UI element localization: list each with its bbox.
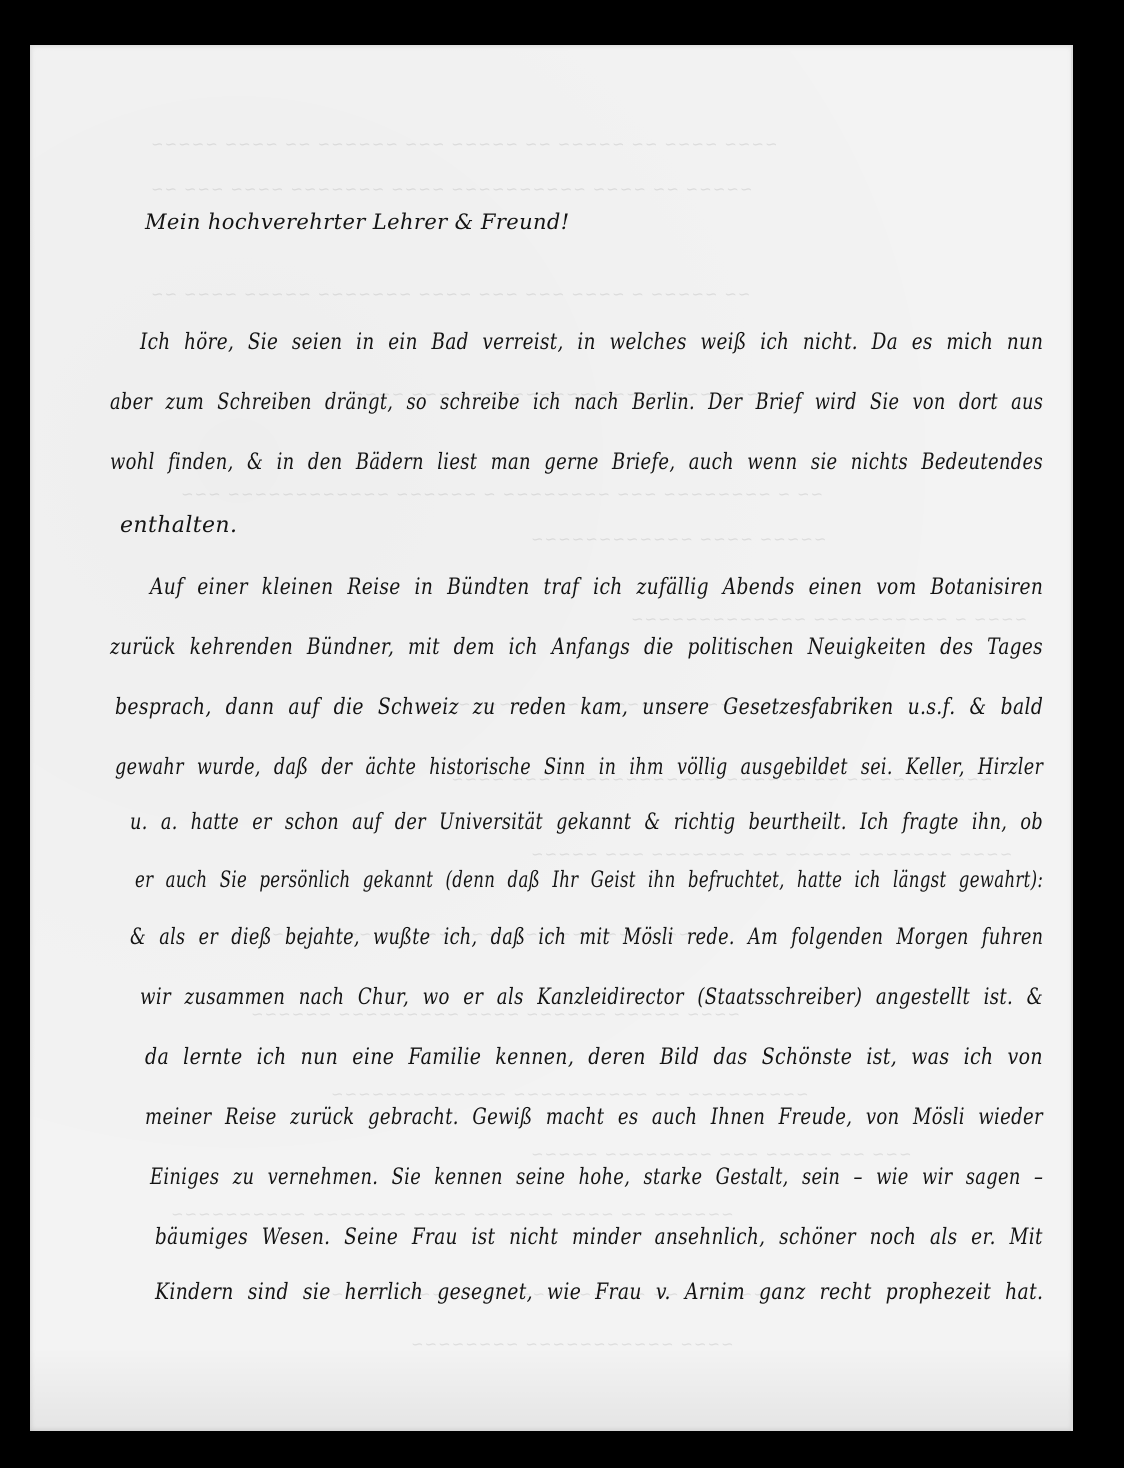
letter-line: meiner Reise zurück gebracht. Gewiß mach… [145,1105,1043,1130]
letter-line: besprach, dann auf die Schweiz zu reden … [115,695,1043,720]
letter-line: bäumiges Wesen. Seine Frau ist nicht min… [155,1225,1043,1250]
letter-line: & als er dieß bejahte, wußte ich, daß ic… [130,925,1043,950]
letter-line: da lernte ich nun eine Familie kennen, d… [145,1045,1043,1070]
reverse-side-bleed-through: ~~~~ ~~~~ ~~ ~~~~~ ~~ ~~~~~ ~~~ ~~~~~~ ~… [30,45,1073,1431]
letter-line: wir zusammen nach Chur, wo er als Kanzle… [140,985,1043,1010]
letter-line: wohl finden, & in den Bädern liest man g… [110,450,1043,475]
letter-line: zurück kehrenden Bündner, mit dem ich An… [110,635,1043,660]
letter-line: er auch Sie persönlich gekannt (denn daß… [135,868,1043,893]
letter-line: enthalten. [120,513,237,538]
letter-line: Einiges zu vernehmen. Sie kennen seine h… [150,1165,1043,1190]
letter-line: aber zum Schreiben drängt, so schreibe i… [110,390,1043,415]
letter-salutation: Mein hochverehrter Lehrer & Freund! [145,210,570,234]
letter-line: u. a. hatte er schon auf der Universität… [130,810,1043,835]
page-edge [1071,45,1073,1431]
letter-page: ~~~~ ~~~~ ~~ ~~~~~ ~~ ~~~~~ ~~~ ~~~~~~ ~… [30,45,1073,1431]
letter-line: gewahr wurde, daß der ächte historische … [115,755,1043,780]
letter-line: Auf einer kleinen Reise in Bündten traf … [150,575,1043,600]
letter-line: Kindern sind sie herrlich gesegnet, wie … [155,1280,1043,1305]
letter-line: Ich höre, Sie seien in ein Bad verreist,… [140,330,1043,355]
